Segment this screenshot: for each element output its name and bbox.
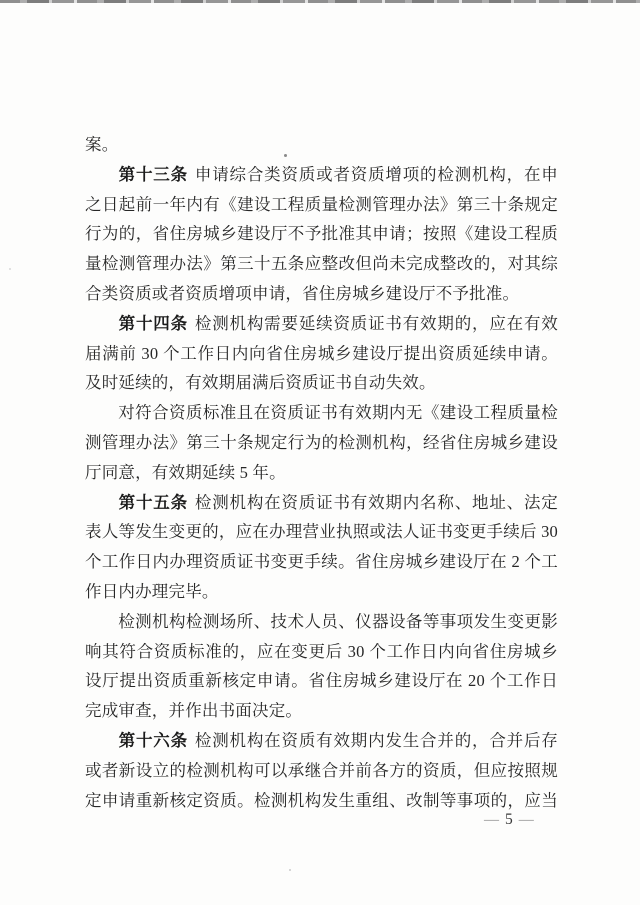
scan-speck (9, 268, 11, 270)
text-line: 或者新设立的检测机构可以承继合并前各方的资质，但应按照规 (85, 756, 558, 786)
text-line: 第十六条检测机构在资质有效期内发生合并的，合并后存续 (85, 726, 558, 756)
text-line: 检测机构检测场所、技术人员、仪器设备等事项发生变更影 (85, 607, 558, 637)
page-number-dash-right: — (519, 812, 535, 828)
text-line: 完成审查，并作出书面决定。 (85, 696, 558, 726)
text-line: 厅同意，有效期延续 5 年。 (85, 458, 558, 488)
text-line: 第十四条检测机构需要延续资质证书有效期的，应在有效期 (85, 309, 558, 339)
text-line: 设厅提出资质重新核定申请。省住房城乡建设厅在 20 个工作日内 (85, 666, 558, 696)
text-line: 届满前 30 个工作日内向省住房城乡建设厅提出资质延续申请。不 (85, 339, 558, 369)
text-line: 响其符合资质标准的，应在变更后 30 个工作日内向省住房城乡建 (85, 637, 558, 667)
text-line: 之日起前一年内有《建设工程质量检测管理办法》第三十条规定 (85, 190, 558, 220)
scan-speck (284, 154, 287, 157)
article-number: 第十四条 (118, 315, 188, 333)
text-line: 量检测管理办法》第三十五条应整改但尚未完成整改的，对其综 (85, 249, 558, 279)
text-line: 第十五条检测机构在资质证书有效期内名称、地址、法定代 (85, 488, 558, 518)
text-line: 行为的，省住房城乡建设厅不予批准其申请；按照《建设工程质 (85, 219, 558, 249)
text-line: 对符合资质标准且在资质证书有效期内无《建设工程质量检 (85, 398, 558, 428)
page-number-dash-left: — (484, 812, 500, 828)
scan-artifact-top-edge (0, 0, 640, 3)
article-number: 第十六条 (118, 732, 188, 750)
text-line: 测管理办法》第三十条规定行为的检测机构，经省住房城乡建设 (85, 428, 558, 458)
text-line: 案。 (85, 130, 558, 160)
article-number: 第十五条 (118, 494, 188, 512)
text-line: 第十三条申请综合类资质或者资质增项的检测机构，在申请 (85, 160, 558, 190)
text-line: 表人等发生变更的，应在办理营业执照或法人证书变更手续后 30 (85, 517, 558, 547)
text-line: 个工作日内办理资质证书变更手续。省住房城乡建设厅在 2 个工 (85, 547, 558, 577)
text-line: 合类资质或者资质增项申请，省住房城乡建设厅不予批准。 (85, 279, 558, 309)
article-number: 第十三条 (118, 166, 188, 184)
page-number: —5— (484, 811, 535, 829)
document-body: 案。第十三条申请综合类资质或者资质增项的检测机构，在申请之日起前一年内有《建设工… (85, 130, 558, 815)
scan-speck (289, 869, 291, 871)
text-line: 作日内办理完毕。 (85, 577, 558, 607)
text-line: 及时延续的，有效期届满后资质证书自动失效。 (85, 368, 558, 398)
page-number-value: 5 (505, 811, 514, 828)
document-page: 案。第十三条申请综合类资质或者资质增项的检测机构，在申请之日起前一年内有《建设工… (0, 0, 640, 905)
